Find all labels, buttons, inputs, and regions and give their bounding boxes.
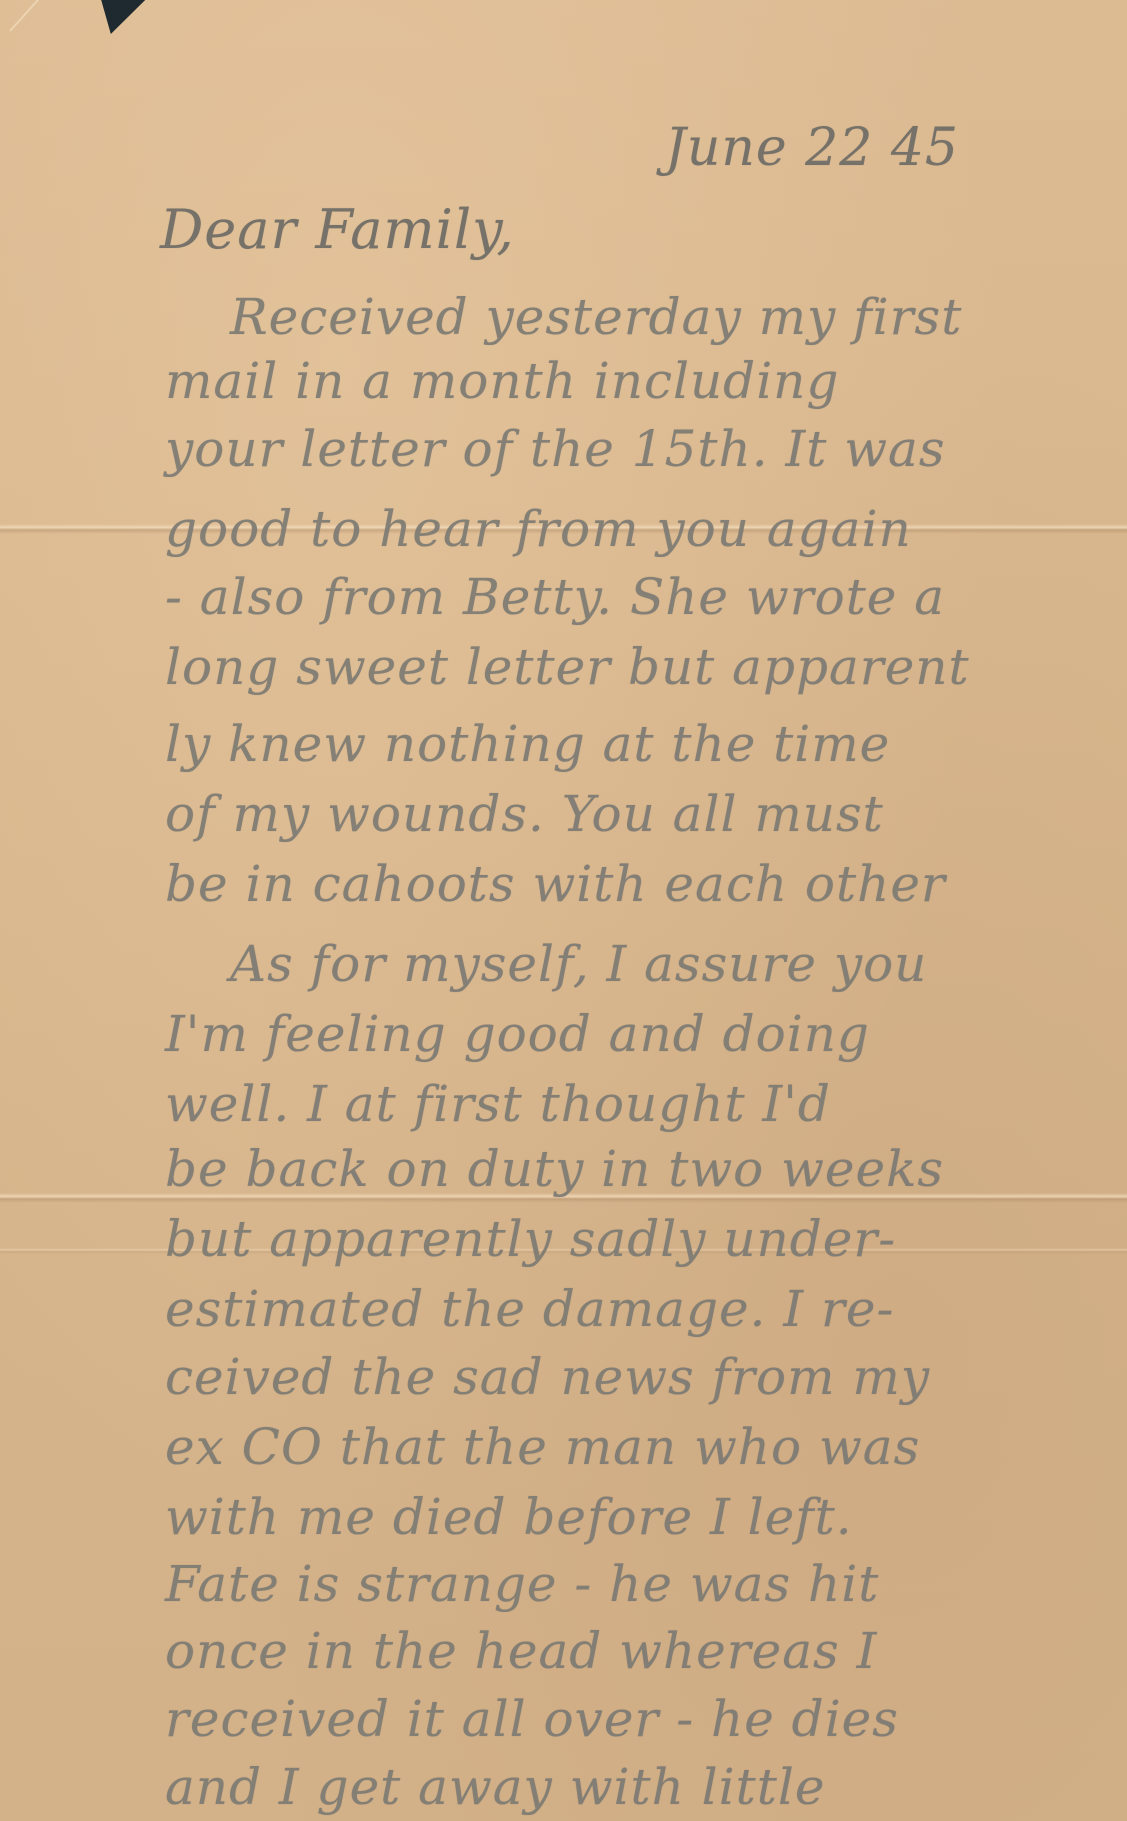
letter-line: of my wounds. You all must: [165, 785, 884, 843]
letter-line: mail in a month including: [165, 352, 839, 410]
letter-line: good to hear from you again: [165, 500, 912, 558]
letter-line: be back on duty in two weeks: [165, 1140, 944, 1198]
letter-line: well. I at first thought I'd: [165, 1075, 831, 1133]
letter-line: Received yesterday my first: [230, 288, 962, 346]
envelope-corner-shadow: [89, 0, 145, 34]
letter-line: but apparently sadly under-: [165, 1210, 896, 1268]
letter-line: ly knew nothing at the time: [165, 715, 890, 773]
letter-line: ex CO that the man who was: [165, 1418, 920, 1476]
letter-line: long sweet letter but apparent: [165, 638, 970, 696]
letter-line: ceived the sad news from my: [165, 1348, 930, 1406]
letter-line: estimated the damage. I re-: [165, 1280, 894, 1338]
letter-line: with me died before I left.: [165, 1488, 853, 1546]
letter-line: received it all over - he dies: [165, 1690, 899, 1748]
letter-line: your letter of the 15th. It was: [165, 420, 946, 478]
letter-line: and I get away with little: [165, 1758, 825, 1816]
letter-date: June 22 45: [665, 118, 959, 178]
letter-line: once in the head whereas I: [165, 1622, 877, 1680]
letter-page: June 22 45 Dear Family, Received yesterd…: [0, 0, 1127, 1821]
letter-line: I'm feeling good and doing: [165, 1005, 870, 1063]
letter-line: be in cahoots with each other: [165, 855, 946, 913]
letter-line: - also from Betty. She wrote a: [165, 568, 945, 626]
letter-salutation: Dear Family,: [160, 198, 515, 261]
letter-line: As for myself, I assure you: [230, 935, 927, 993]
letter-line: Fate is strange - he was hit: [165, 1555, 879, 1613]
